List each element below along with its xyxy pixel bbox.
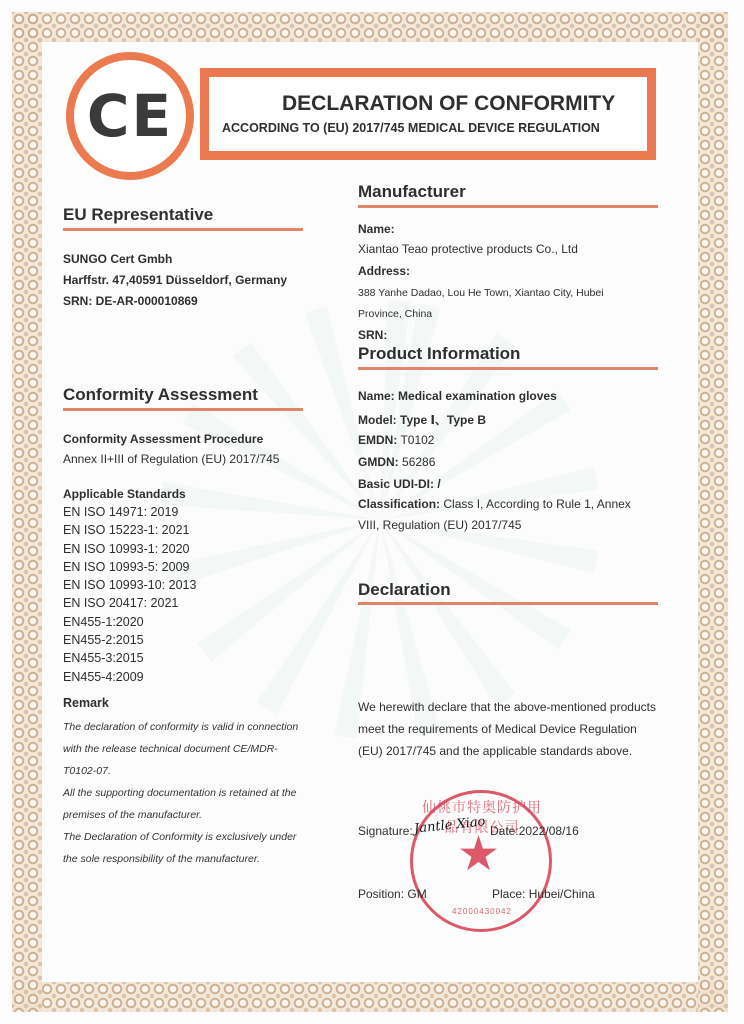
model-row: Model: Type Ⅰ、Type B xyxy=(358,411,486,428)
border-right xyxy=(698,12,728,1012)
udi-value: / xyxy=(437,477,440,491)
conformity-assessment-heading: Conformity Assessment xyxy=(63,385,258,405)
position-value: GM xyxy=(407,887,426,901)
eu-representative-rule xyxy=(63,228,303,231)
eu-representative-heading: EU Representative xyxy=(63,205,213,225)
gmdn-row: GMDN: 56286 xyxy=(358,455,435,469)
product-information-heading: Product Information xyxy=(358,344,520,364)
document-title: DECLARATION OF CONFORMITY xyxy=(282,92,615,116)
declaration-heading: Declaration xyxy=(358,580,451,600)
manufacturer-rule xyxy=(358,205,658,208)
remark-text: The declaration of conformity is valid i… xyxy=(63,716,307,870)
manufacturer-address-label: Address: xyxy=(358,264,410,278)
remark-paragraph: The declaration of conformity is valid i… xyxy=(63,716,307,782)
place-label: Place: xyxy=(492,887,525,901)
date-value: 2022/08/16 xyxy=(519,824,579,838)
standard-item: EN ISO 20417: 2021 xyxy=(63,594,196,612)
classification-line1: Class I, According to Rule 1, Annex xyxy=(443,497,630,511)
procedure-label: Conformity Assessment Procedure xyxy=(63,432,263,446)
standard-item: EN455-1:2020 xyxy=(63,613,196,631)
standard-item: EN455-3:2015 xyxy=(63,649,196,667)
standard-item: EN ISO 10993-10: 2013 xyxy=(63,576,196,594)
emdn-value: T0102 xyxy=(400,433,434,447)
model-label: Model: xyxy=(358,413,397,427)
standard-item: EN ISO 15223-1: 2021 xyxy=(63,521,196,539)
standards-label: Applicable Standards xyxy=(63,487,186,501)
place-value: Hubei/China xyxy=(529,887,595,901)
border-left xyxy=(12,12,42,1012)
border-bottom xyxy=(12,982,728,1012)
manufacturer-name-label: Name: xyxy=(358,222,395,236)
gmdn-label: GMDN: xyxy=(358,455,399,469)
document-subtitle: ACCORDING TO (EU) 2017/745 MEDICAL DEVIC… xyxy=(222,121,600,135)
border-top xyxy=(12,12,728,42)
udi-row: Basic UDI-DI: / xyxy=(358,477,441,491)
remark-label: Remark xyxy=(63,696,109,710)
product-information-rule xyxy=(358,367,658,370)
product-name-value: Medical examination gloves xyxy=(398,389,557,403)
company-seal: 仙桃市特奥防护用品有限公司 ★ 42000430042 xyxy=(410,790,552,932)
eu-rep-name: SUNGO Cert Gmbh xyxy=(63,252,172,266)
seal-number: 42000430042 xyxy=(427,907,537,916)
standard-item: EN455-4:2009 xyxy=(63,668,196,686)
product-name-label: Name: xyxy=(358,389,395,403)
remark-paragraph: The Declaration of Conformity is exclusi… xyxy=(63,826,307,870)
manufacturer-srn-label: SRN: xyxy=(358,328,387,342)
manufacturer-address-line1: 388 Yanhe Dadao, Lou He Town, Xiantao Ci… xyxy=(358,287,604,299)
ce-logo: CE xyxy=(66,52,194,180)
classification-line2: VIII, Regulation (EU) 2017/745 xyxy=(358,518,521,532)
eu-rep-address: Harffstr. 47,40591 Düsseldorf, Germany xyxy=(63,273,287,287)
emdn-label: EMDN: xyxy=(358,433,397,447)
date-label: Date: xyxy=(490,824,519,838)
gmdn-value: 56286 xyxy=(402,455,435,469)
position-label: Position: xyxy=(358,887,404,901)
manufacturer-address-line2: Province, China xyxy=(358,308,432,320)
standard-item: EN ISO 10993-5: 2009 xyxy=(63,558,196,576)
conformity-assessment-rule xyxy=(63,408,303,411)
date-row: Date:2022/08/16 xyxy=(490,824,579,838)
declaration-text: We herewith declare that the above-menti… xyxy=(358,696,658,762)
manufacturer-heading: Manufacturer xyxy=(358,182,466,202)
ce-mark-icon: CE xyxy=(87,82,173,150)
remark-paragraph: All the supporting documentation is reta… xyxy=(63,782,307,826)
star-icon: ★ xyxy=(457,831,500,879)
signature-label: Signature: xyxy=(358,824,413,838)
eu-rep-srn: SRN: DE-AR-000010869 xyxy=(63,294,198,308)
model-value: Type Ⅰ、Type B xyxy=(400,413,486,427)
place-row: Place: Hubei/China xyxy=(492,887,595,901)
emdn-row: EMDN: T0102 xyxy=(358,433,434,447)
standard-item: EN ISO 14971: 2019 xyxy=(63,503,196,521)
declaration-rule xyxy=(358,602,658,605)
classification-row: Classification: Class I, According to Ru… xyxy=(358,497,631,511)
udi-label: Basic UDI-DI: xyxy=(358,477,434,491)
standard-item: EN ISO 10993-1: 2020 xyxy=(63,540,196,558)
manufacturer-name-value: Xiantao Teao protective products Co., Lt… xyxy=(358,242,578,256)
product-name-row: Name: Medical examination gloves xyxy=(358,389,557,403)
standard-item: EN455-2:2015 xyxy=(63,631,196,649)
procedure-value: Annex II+III of Regulation (EU) 2017/745 xyxy=(63,452,279,466)
classification-label: Classification: xyxy=(358,497,440,511)
standards-list: EN ISO 14971: 2019 EN ISO 15223-1: 2021 … xyxy=(63,503,196,686)
position-row: Position: GM xyxy=(358,887,427,901)
